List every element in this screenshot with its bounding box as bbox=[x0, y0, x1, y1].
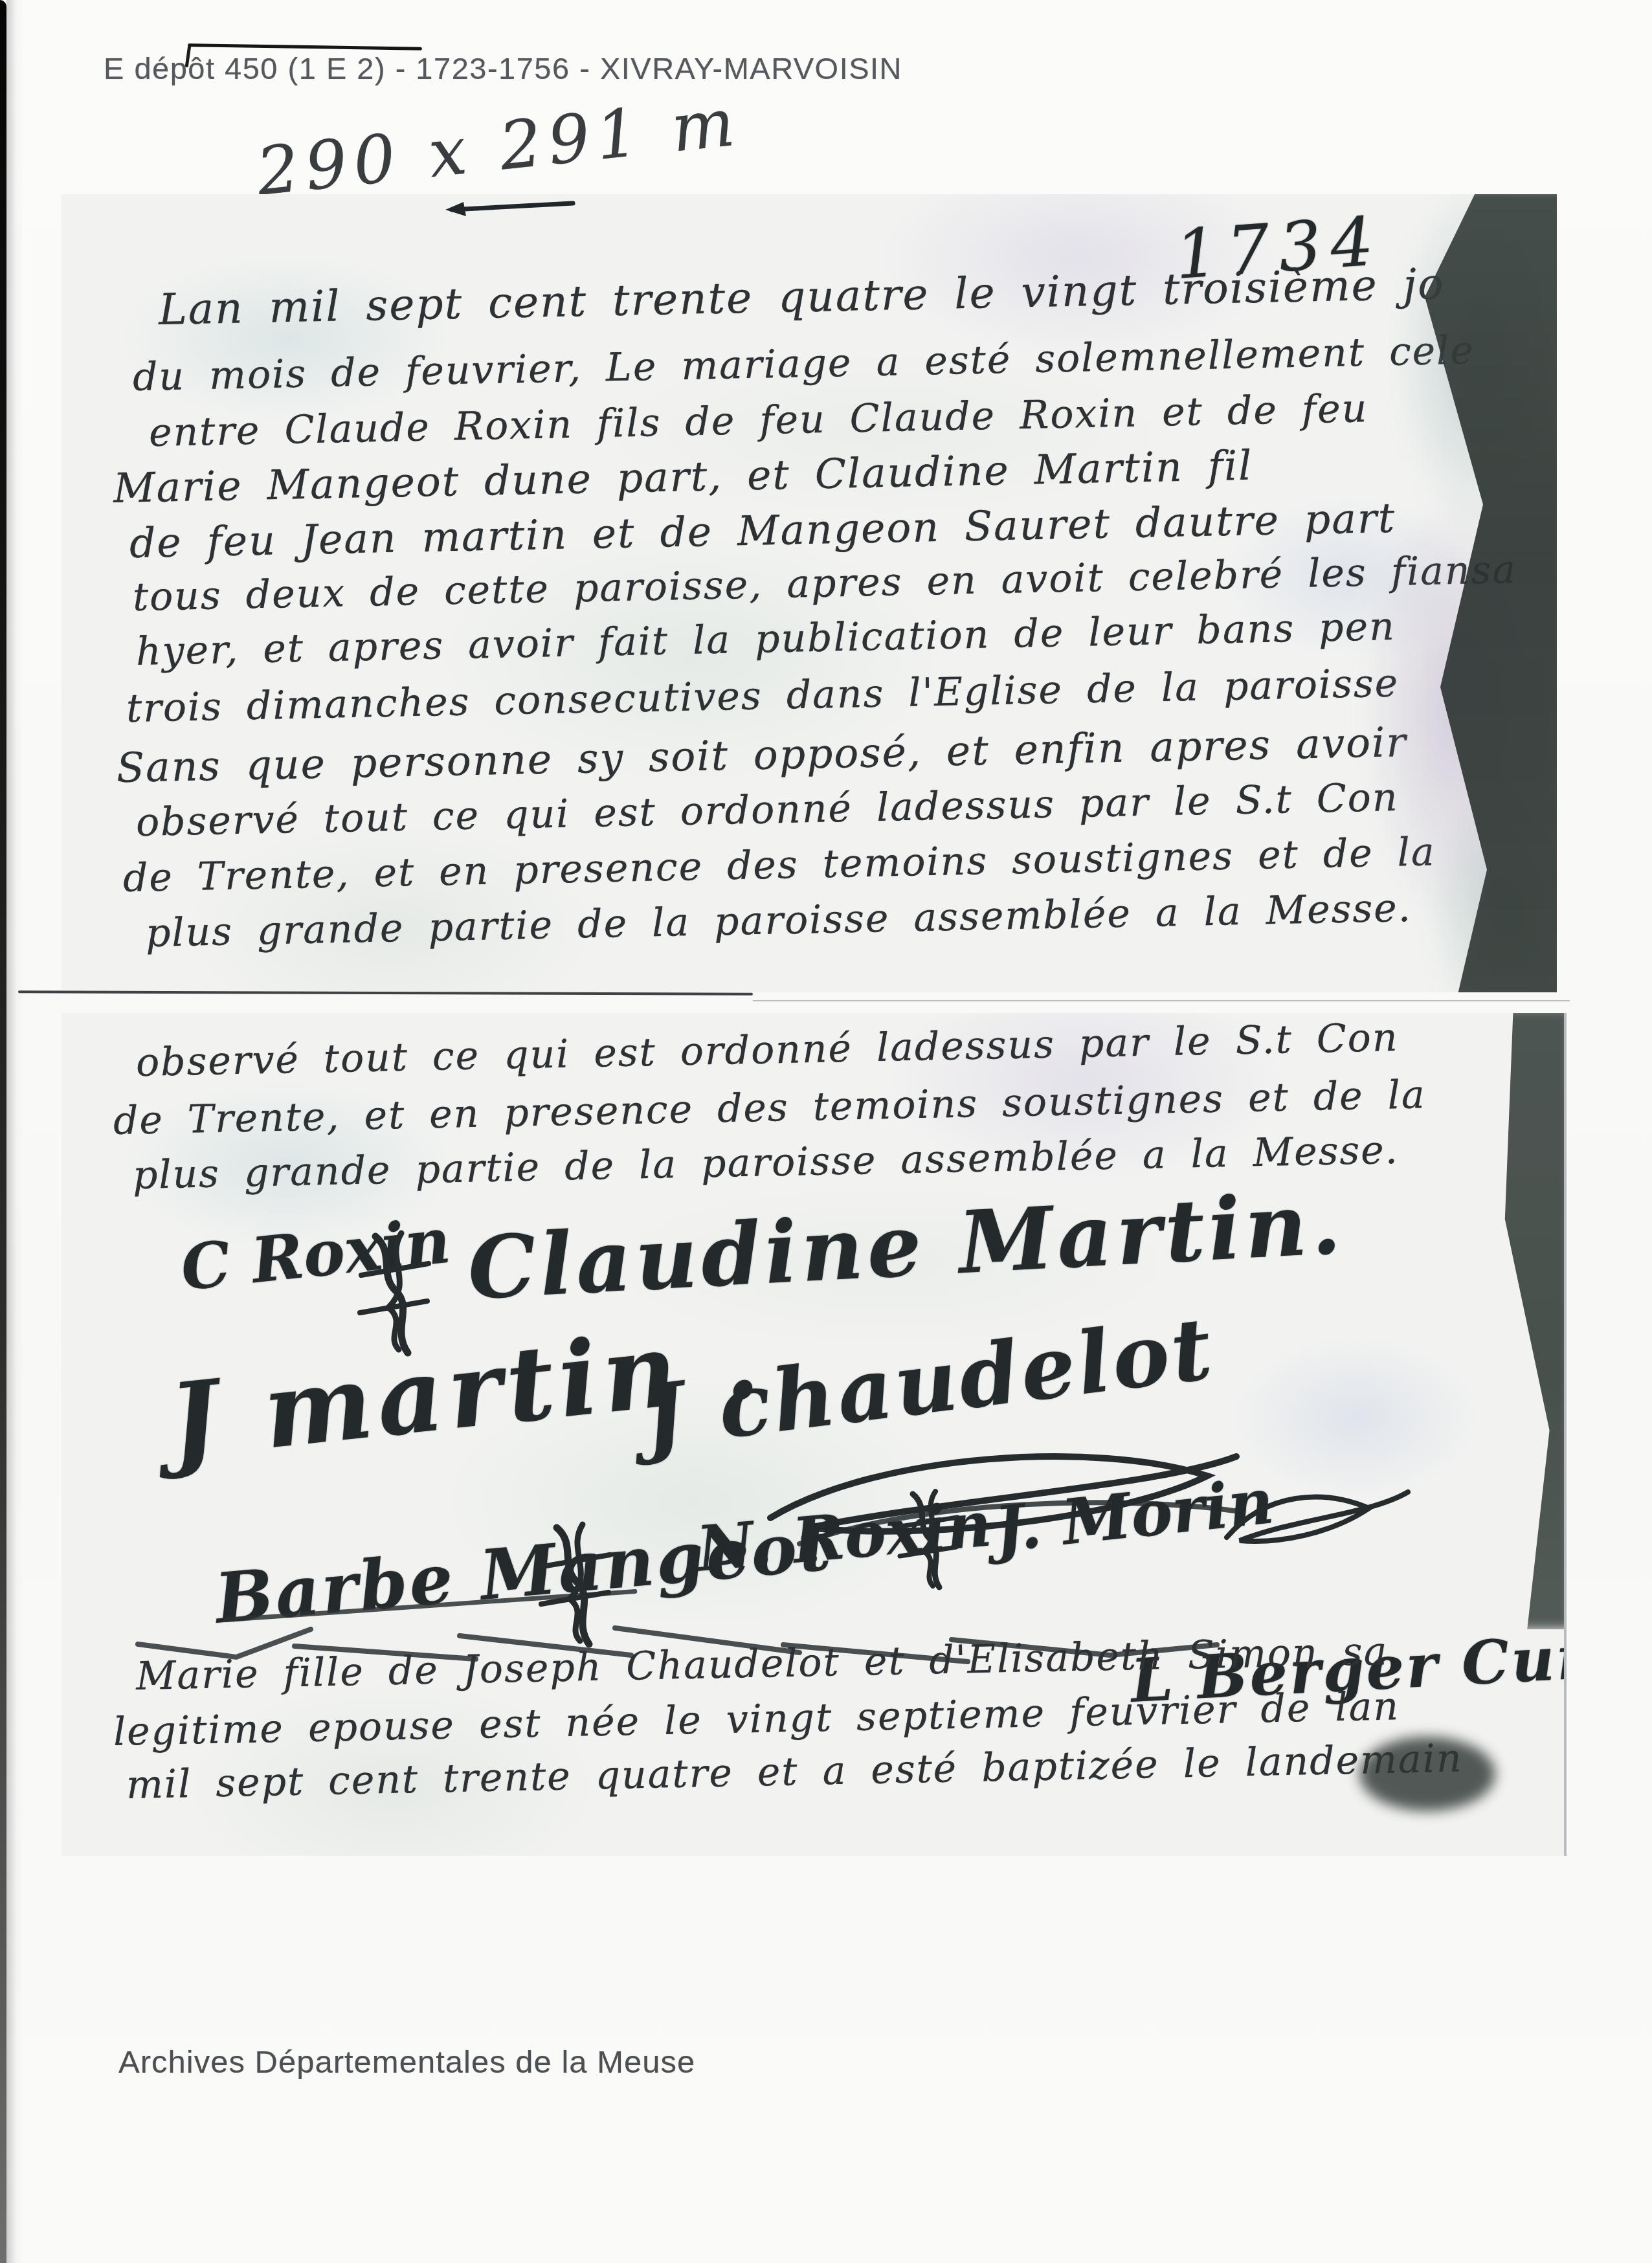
manuscript-line: Lan mil sept cent trente quatre le vingt… bbox=[158, 259, 1445, 335]
pen-stroke-over-header bbox=[188, 43, 422, 50]
manuscript-line: trois dimanches consecutives dans l'Egli… bbox=[126, 661, 1400, 731]
scan-edge-line bbox=[1564, 1013, 1567, 1856]
signature-flourish bbox=[1220, 1479, 1414, 1583]
manuscript-scan-top: 1734 Lan mil sept cent trente quatre le … bbox=[61, 194, 1557, 992]
manuscript-scan-bottom: observé tout ce qui est ordonné ladessus… bbox=[61, 1013, 1567, 1856]
catalog-reference-title: E dépôt 450 (1 E 2) - 1723-1756 - XIVRAY… bbox=[104, 50, 902, 86]
scanner-edge-shadow bbox=[6, 0, 23, 2263]
scanner-edge-strip bbox=[0, 0, 6, 2263]
arrow-mark-icon bbox=[440, 195, 583, 221]
scan-divider-line-faint bbox=[753, 1000, 1570, 1001]
signature-claudine-martin: Claudine Martin. bbox=[465, 1173, 1347, 1319]
manuscript-line: observé tout ce qui est ordonné ladessus… bbox=[135, 1015, 1399, 1086]
handwritten-size-annotation: 290 x 291 m bbox=[253, 84, 744, 211]
archive-footer-credit: Archives Départementales de la Meuse bbox=[118, 2044, 695, 2080]
dark-edge-stain bbox=[1433, 1013, 1567, 1629]
dark-corner-blob bbox=[1359, 1737, 1495, 1811]
archive-photocopy-page: E dépôt 450 (1 E 2) - 1723-1756 - XIVRAY… bbox=[0, 0, 1652, 2263]
signature-mark bbox=[897, 1489, 961, 1592]
